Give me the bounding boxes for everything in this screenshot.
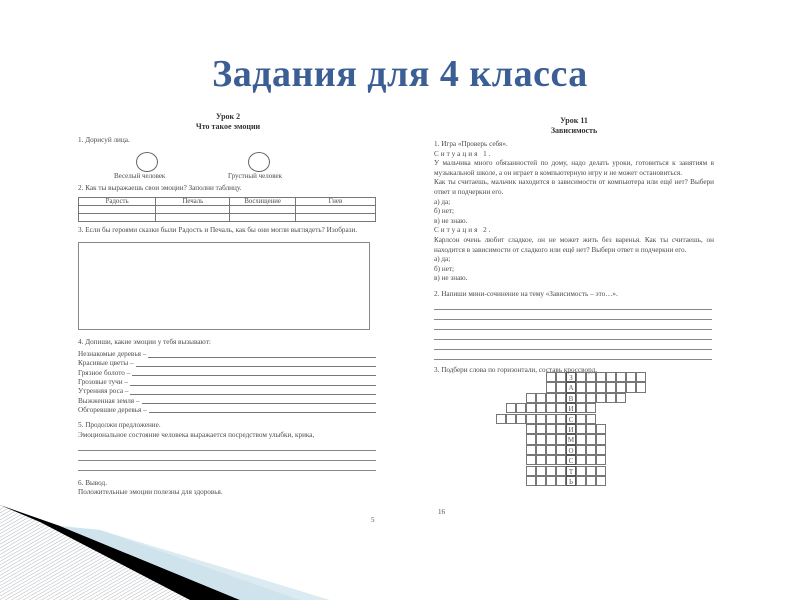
slide-title: Задания для 4 класса (0, 52, 800, 96)
blank-line (132, 375, 376, 376)
crossword-cell (556, 403, 566, 413)
list-item: Грязное болото – (78, 369, 376, 378)
crossword-cell (606, 393, 616, 403)
list-item: Выжженная земля – (78, 397, 376, 406)
crossword-cell (556, 393, 566, 403)
table-header: Радость (79, 198, 156, 206)
task-1-text: 1. Игра «Проверь себя». (434, 140, 714, 150)
blank-line (434, 350, 712, 360)
crossword-cell (496, 414, 506, 424)
crossword-cell (546, 455, 556, 465)
crossword-cell (556, 414, 566, 424)
crossword-cell (586, 476, 596, 486)
crossword-cell (546, 434, 556, 444)
crossword-cell (536, 393, 546, 403)
crossword-cell (526, 403, 536, 413)
crossword-cell (526, 393, 536, 403)
answer-option: в) не знаю. (434, 274, 714, 284)
fill-label: Выжженная земля – (78, 397, 140, 407)
task-1-text: 1. Дорисуй лица. (78, 136, 378, 146)
table-cell (295, 214, 375, 222)
fill-label: Красивые цветы – (78, 359, 134, 369)
task-5-sentence: Эмоциональное состояние человека выражае… (78, 431, 376, 441)
essay-blank-lines (434, 300, 714, 360)
list-item: Незнакомые деревья – (78, 350, 376, 359)
answer-option: в) не знаю. (434, 217, 714, 227)
table-header: Восхищение (230, 198, 295, 206)
crossword-cell (586, 424, 596, 434)
crossword-cell (606, 382, 616, 392)
answer-option: а) да; (434, 255, 714, 265)
crossword-cell (616, 382, 626, 392)
crossword-cell (546, 424, 556, 434)
crossword-cell (586, 414, 596, 424)
crossword-cell (576, 403, 586, 413)
crossword-cell (546, 445, 556, 455)
crossword-cell (596, 434, 606, 444)
crossword-cell (546, 466, 556, 476)
crossword-key-cell: З (566, 372, 576, 382)
crossword-cell (556, 382, 566, 392)
crossword-key-cell: Ь (566, 476, 576, 486)
drawing-box (78, 242, 370, 330)
worksheet-page-lesson-2: Урок 2 Что такое эмоции 1. Дорисуй лица.… (78, 112, 378, 522)
crossword-cell (506, 403, 516, 413)
crossword-cell (576, 434, 586, 444)
crossword-cell (546, 414, 556, 424)
fill-label: Незнакомые деревья – (78, 350, 146, 360)
crossword-cell (526, 445, 536, 455)
situation-1-text: У мальчика много обязанностей по дому, н… (434, 159, 714, 178)
crossword-cell (526, 455, 536, 465)
crossword-cell (576, 424, 586, 434)
crossword-cell (536, 455, 546, 465)
task-3-text: 3. Если бы героями сказки были Радость и… (78, 226, 378, 236)
crossword-cell (546, 403, 556, 413)
crossword-cell (526, 414, 536, 424)
crossword-key-cell: А (566, 382, 576, 392)
lesson-topic: Что такое эмоции (78, 122, 378, 132)
task-2-text: 2. Напиши мини-сочинение на тему «Зависи… (434, 290, 714, 300)
crossword-cell (556, 445, 566, 455)
crossword-cell (576, 445, 586, 455)
face-label: Веселый человек (114, 172, 165, 182)
answer-option: б) нет; (434, 207, 714, 217)
crossword-cell (516, 414, 526, 424)
question-1: Как ты считаешь, мальчик находится в зав… (434, 178, 714, 197)
table-header: Печаль (156, 198, 230, 206)
crossword-cell (616, 372, 626, 382)
sad-face-circle (248, 152, 270, 172)
blank-line (78, 451, 376, 461)
crossword-cell (546, 476, 556, 486)
crossword-key-cell: И (566, 403, 576, 413)
crossword-cell (596, 455, 606, 465)
table-cell (295, 206, 375, 214)
crossword-cell (586, 466, 596, 476)
crossword-cell (536, 466, 546, 476)
emotion-fill-list: Незнакомые деревья – Красивые цветы – Гр… (78, 350, 376, 415)
table-row (79, 206, 376, 214)
crossword-key-cell: О (566, 445, 576, 455)
crossword-cell (556, 466, 566, 476)
faces-block: Веселый человек Грустный человек (78, 146, 378, 184)
crossword-cell (596, 466, 606, 476)
crossword-cell (556, 372, 566, 382)
crossword-cell (576, 393, 586, 403)
blank-line (434, 330, 712, 340)
blank-line (142, 403, 377, 404)
crossword-cell (556, 476, 566, 486)
blank-line (149, 412, 376, 413)
crossword-cell (576, 455, 586, 465)
table-cell (230, 214, 295, 222)
crossword-cell (536, 414, 546, 424)
crossword-cell (506, 414, 516, 424)
crossword-cell (526, 424, 536, 434)
task-4-text: 4. Допиши, какие эмоции у тебя вызывают: (78, 338, 378, 348)
face-label: Грустный человек (228, 172, 282, 182)
crossword-cell (586, 403, 596, 413)
blank-line (434, 340, 712, 350)
crossword-cell (626, 372, 636, 382)
blank-line (434, 300, 712, 310)
crossword-cell (606, 372, 616, 382)
situation-1-label: Ситуация 1. (434, 150, 714, 160)
crossword-cell (596, 424, 606, 434)
crossword-cell (586, 434, 596, 444)
lesson-topic: Зависимость (434, 126, 714, 136)
crossword-cell (526, 434, 536, 444)
crossword-cell (576, 382, 586, 392)
answer-option: а) да; (434, 198, 714, 208)
page-number: 5 (371, 516, 375, 526)
crossword-cell (596, 393, 606, 403)
crossword-cell (536, 434, 546, 444)
crossword-key-cell: И (566, 424, 576, 434)
table-row (79, 214, 376, 222)
emotions-table: Радость Печаль Восхищение Гнев (78, 197, 376, 222)
answer-option: б) нет; (434, 265, 714, 275)
crossword-cell (526, 466, 536, 476)
blank-line (130, 385, 376, 386)
lesson-number: Урок 11 (434, 116, 714, 126)
situation-2-label: Ситуация 2. (434, 226, 714, 236)
blank-line (78, 461, 376, 471)
table-cell (230, 206, 295, 214)
crossword-cell (586, 455, 596, 465)
table-cell (156, 206, 230, 214)
crossword-cell (636, 372, 646, 382)
blank-line (130, 394, 376, 395)
crossword-cell (586, 445, 596, 455)
crossword-cell (556, 455, 566, 465)
crossword-cell (586, 372, 596, 382)
task-2-text: 2. Как ты выражаешь свои эмоции? Заполни… (78, 184, 378, 194)
crossword-cell (576, 476, 586, 486)
crossword-cell (636, 382, 646, 392)
crossword-cell (586, 382, 596, 392)
blank-line (148, 357, 376, 358)
crossword-cell (536, 476, 546, 486)
lesson-number: Урок 2 (78, 112, 378, 122)
list-item: Красивые цветы – (78, 360, 376, 369)
crossword-key-cell: В (566, 393, 576, 403)
table-header-row: Радость Печаль Восхищение Гнев (79, 198, 376, 206)
blank-line (434, 310, 712, 320)
crossword-cell (556, 424, 566, 434)
blank-line (434, 320, 712, 330)
blank-line (136, 366, 376, 367)
table-cell (156, 214, 230, 222)
crossword-cell (596, 372, 606, 382)
crossword-cell (586, 393, 596, 403)
table-cell (79, 206, 156, 214)
crossword-cell (556, 434, 566, 444)
crossword-cell (536, 403, 546, 413)
task-6-text: 6. Вывод. (78, 479, 378, 489)
crossword-cell (626, 382, 636, 392)
list-item: Обгоревшие деревья – (78, 406, 376, 415)
crossword-key-cell: С (566, 455, 576, 465)
crossword-cell (526, 476, 536, 486)
crossword-cell (596, 382, 606, 392)
situation-2-text: Карлсон очень любит сладкое, он не может… (434, 236, 714, 255)
blank-line (78, 441, 376, 451)
crossword-cell (576, 372, 586, 382)
task-5-blank-lines (78, 441, 376, 471)
task-5-text: 5. Продолжи предложение. (78, 421, 378, 431)
crossword-cell (576, 466, 586, 476)
fill-label: Грозовые тучи – (78, 378, 128, 388)
table-cell (79, 214, 156, 222)
task-6-conclusion: Положительные эмоции полезны для здоровь… (78, 488, 378, 498)
crossword-cell (546, 393, 556, 403)
crossword-cell (536, 424, 546, 434)
crossword-cell (546, 372, 556, 382)
crossword-cell (546, 382, 556, 392)
crossword-key-cell: М (566, 434, 576, 444)
crossword-cell (576, 414, 586, 424)
crossword-cell (596, 445, 606, 455)
crossword-key-cell: С (566, 414, 576, 424)
list-item: Грозовые тучи – (78, 378, 376, 387)
fill-label: Грязное болото – (78, 369, 130, 379)
fill-label: Утренняя роса – (78, 387, 128, 397)
table-header: Гнев (295, 198, 375, 206)
crossword-cell (616, 393, 626, 403)
crossword-cell (516, 403, 526, 413)
crossword-key-cell: Т (566, 466, 576, 476)
crossword-cell (596, 476, 606, 486)
list-item: Утренняя роса – (78, 388, 376, 397)
crossword-cell (536, 445, 546, 455)
page-number: 16 (438, 508, 445, 518)
happy-face-circle (136, 152, 158, 172)
fill-label: Обгоревшие деревья – (78, 406, 147, 416)
